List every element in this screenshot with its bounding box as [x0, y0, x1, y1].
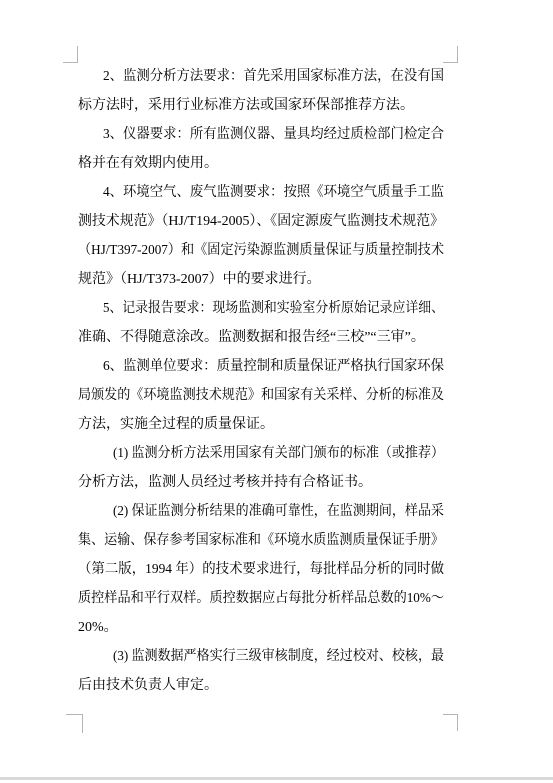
text-line[interactable]: 3、仪器要求：所有监测仪器、量具均经过质检部门检定合	[78, 120, 444, 149]
crop-mark-bottom-left	[66, 714, 83, 715]
crop-mark-top-left	[77, 46, 78, 63]
text-line-content: 局颁发的《环境监测技术规范》和国家有关采样、分析的标准及	[78, 381, 444, 410]
text-line[interactable]: (2) 保证监测分析结果的准确可靠性，在监测期间，样品采	[78, 497, 444, 526]
text-line-content: （HJ/T397-2007）和《固定污染源监测质量保证与质量控制技术	[78, 236, 444, 265]
text-line-content: 分析方法，监测人员经过考核并持有合格证书。	[78, 468, 372, 497]
text-line[interactable]: (1) 监测分析方法采用国家有关部门颁布的标准（或推荐）	[78, 439, 444, 468]
text-line-content: 方法，实施全过程的质量保证。	[78, 410, 274, 439]
text-line-content: 集、运输、保存参考国家标准和《环境水质监测质量保证手册》	[78, 526, 444, 555]
text-line-content: 后由技术负责人审定。	[78, 671, 218, 700]
text-line[interactable]: 20%。	[78, 613, 444, 642]
document-body[interactable]: 2、监测分析方法要求：首先采用国家标准方法，在没有国标方法时，采用行业标准方法或…	[78, 62, 444, 700]
text-line-content: 20%。	[78, 613, 118, 642]
text-line[interactable]: 集、运输、保存参考国家标准和《环境水质监测质量保证手册》	[78, 526, 444, 555]
text-line[interactable]: 局颁发的《环境监测技术规范》和国家有关采样、分析的标准及	[78, 381, 444, 410]
text-line[interactable]: （HJ/T397-2007）和《固定污染源监测质量保证与质量控制技术	[78, 236, 444, 265]
text-line[interactable]: 方法，实施全过程的质量保证。	[78, 410, 444, 439]
crop-mark-bottom-left	[82, 714, 83, 733]
text-line[interactable]: 准确、不得随意涂改。监测数据和报告经“三校”“三审”。	[78, 323, 444, 352]
text-line-content: 标方法时，采用行业标准方法或国家环保部推荐方法。	[78, 91, 414, 120]
text-line[interactable]: 5、记录报告要求：现场监测和实验室分析原始记录应详细、	[78, 294, 444, 323]
text-line-content: 4、环境空气、废气监测要求：按照《环境空气质量手工监	[103, 178, 444, 207]
text-line[interactable]: 分析方法，监测人员经过考核并持有合格证书。	[78, 468, 444, 497]
text-line-content: （第二版，1994 年）的技术要求进行，每批样品分析的同时做	[78, 555, 444, 584]
document-page: 2、监测分析方法要求：首先采用国家标准方法，在没有国标方法时，采用行业标准方法或…	[0, 0, 553, 783]
crop-mark-top-left	[63, 62, 78, 63]
text-line-content: 6、监测单位要求：质量控制和质量保证严格执行国家环保	[103, 352, 444, 381]
text-line-content: (3) 监测数据严格实行三级审核制度，经过校对、校核，最	[113, 642, 444, 671]
text-line-content: 质控样品和平行双样。质控数据应占每批分析样品总数的10%～	[78, 584, 444, 613]
text-line[interactable]: （第二版，1994 年）的技术要求进行，每批样品分析的同时做	[78, 555, 444, 584]
text-line-content: (2) 保证监测分析结果的准确可靠性，在监测期间，样品采	[113, 497, 444, 526]
text-line[interactable]: 4、环境空气、废气监测要求：按照《环境空气质量手工监	[78, 178, 444, 207]
text-line-content: 5、记录报告要求：现场监测和实验室分析原始记录应详细、	[103, 294, 444, 323]
text-line-content: 准确、不得随意涂改。监测数据和报告经“三校”“三审”。	[78, 323, 425, 352]
window-bottom-bar	[0, 777, 553, 780]
text-line-content: (1) 监测分析方法采用国家有关部门颁布的标准（或推荐）	[113, 439, 444, 468]
text-line[interactable]: 测技术规范》（HJ/T194-2005）、《固定源废气监测技术规范》	[78, 207, 444, 236]
text-line-content: 3、仪器要求：所有监测仪器、量具均经过质检部门检定合	[103, 120, 444, 149]
text-line[interactable]: 6、监测单位要求：质量控制和质量保证严格执行国家环保	[78, 352, 444, 381]
text-line[interactable]: 后由技术负责人审定。	[78, 671, 444, 700]
crop-mark-top-right	[457, 46, 458, 63]
text-line-content: 2、监测分析方法要求：首先采用国家标准方法，在没有国	[103, 62, 444, 91]
text-line[interactable]: (3) 监测数据严格实行三级审核制度，经过校对、校核，最	[78, 642, 444, 671]
text-line[interactable]: 2、监测分析方法要求：首先采用国家标准方法，在没有国	[78, 62, 444, 91]
text-line[interactable]: 格并在有效期内使用。	[78, 149, 444, 178]
text-line-content: 规范》（HJ/T373-2007）中的要求进行。	[78, 265, 321, 294]
text-line-content: 格并在有效期内使用。	[78, 149, 218, 178]
text-line[interactable]: 规范》（HJ/T373-2007）中的要求进行。	[78, 265, 444, 294]
text-line[interactable]: 标方法时，采用行业标准方法或国家环保部推荐方法。	[78, 91, 444, 120]
text-line[interactable]: 质控样品和平行双样。质控数据应占每批分析样品总数的10%～	[78, 584, 444, 613]
crop-mark-bottom-right	[443, 714, 458, 715]
crop-mark-bottom-right	[457, 714, 458, 731]
text-line-content: 测技术规范》（HJ/T194-2005）、《固定源废气监测技术规范》	[78, 207, 444, 236]
